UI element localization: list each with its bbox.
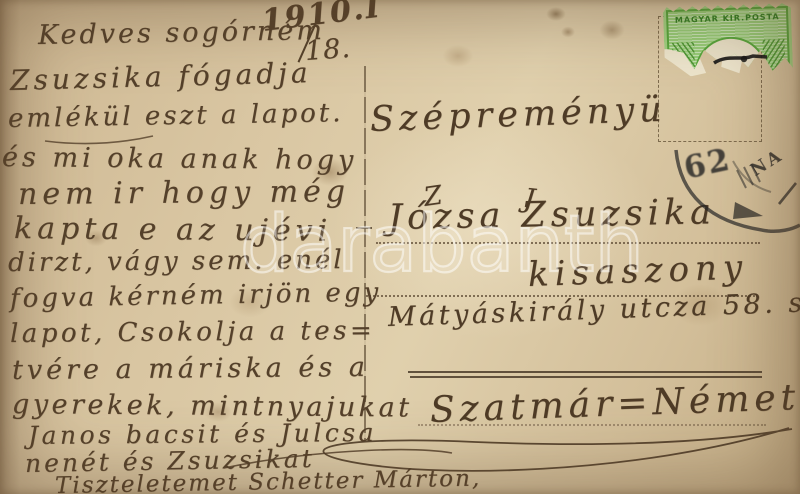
- address-rule-dotted: [376, 242, 760, 244]
- message-line: tvére a máriska és a: [12, 352, 369, 386]
- divider-line: [364, 66, 366, 440]
- date-day: 18.: [304, 33, 352, 67]
- message-line: lapot, Csokolja a tes=: [10, 316, 376, 349]
- postcard: Kedves sogórném Zsuzsika fógadja emlékül…: [0, 0, 800, 494]
- address-honorific: kisaszony: [527, 247, 748, 295]
- message-line: dirzt, vágy sem. enél: [8, 245, 345, 278]
- address-rule-double-bottom: [410, 376, 762, 378]
- address-recipient-name: Józsa Zsuzsika: [388, 192, 717, 238]
- address-rule-double-top: [408, 371, 762, 373]
- message-line: és mi oka anak hogy: [2, 142, 358, 176]
- stamp-country-text: MAGYAR KIR.POSTA: [668, 13, 786, 25]
- divider-tick: [356, 227, 372, 229]
- postage-stamp: MAGYAR KIR.POSTA: [663, 3, 793, 77]
- message-line: nem ir hogy még: [18, 174, 350, 212]
- stamp-spandrel-hatch: [762, 39, 785, 69]
- message-line: emlékül eszt a lapot.: [8, 98, 344, 134]
- message-line: kapta e az ujévi: [14, 211, 332, 249]
